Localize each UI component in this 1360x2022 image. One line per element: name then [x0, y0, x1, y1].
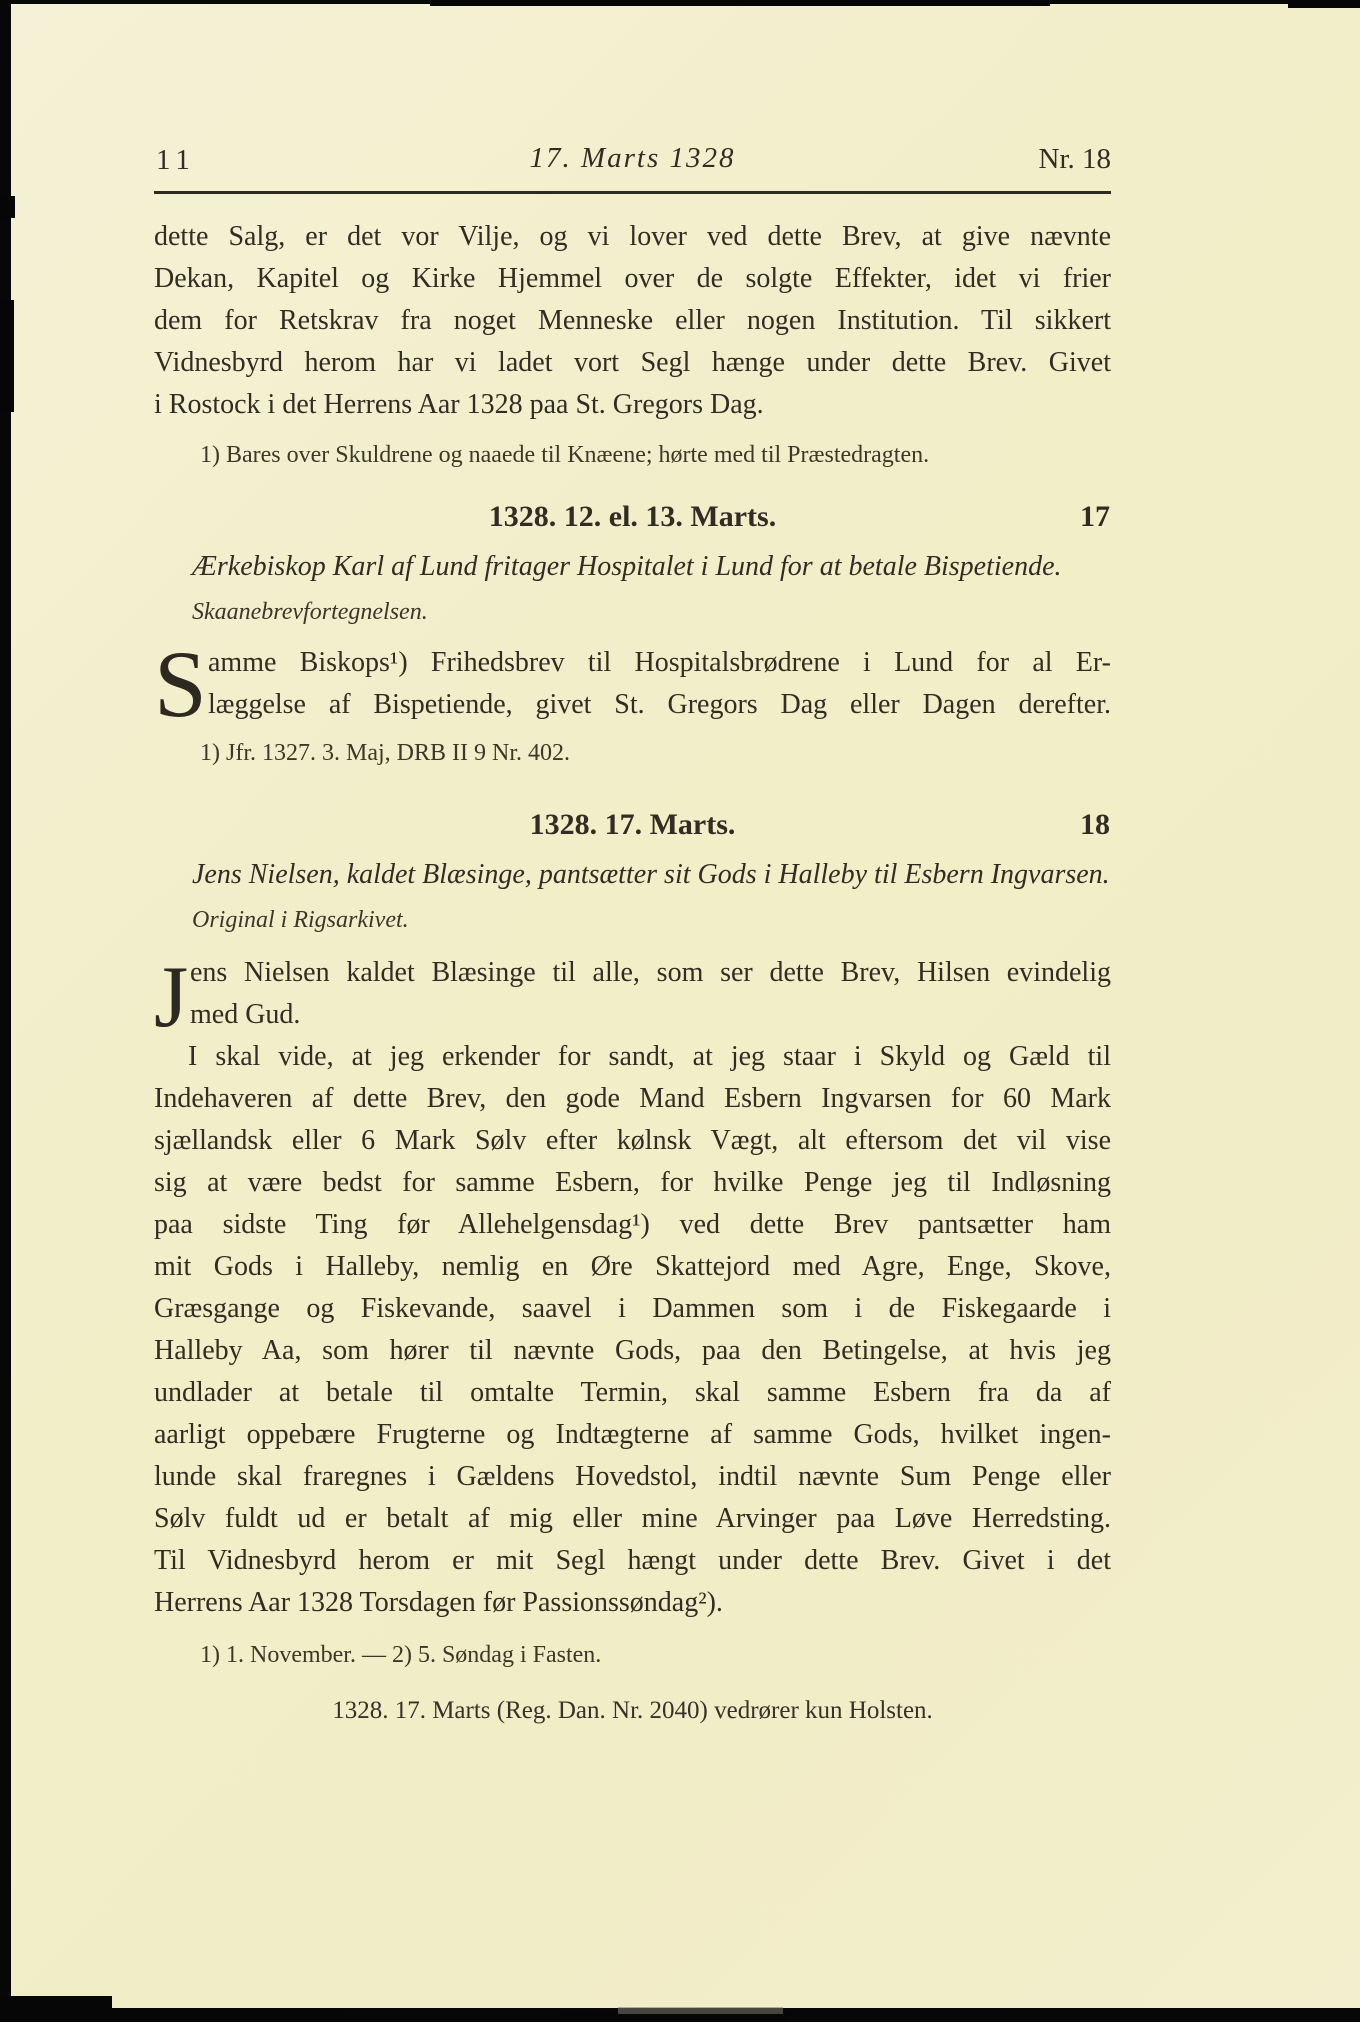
header-rule	[154, 191, 1111, 194]
text-line: dette Salg, er det vor Vilje, og vi love…	[154, 216, 1111, 258]
text-line: Dekan, Kapitel og Kirke Hjemmel over de …	[154, 258, 1111, 300]
entry-18-source: Original i Rigsarkivet.	[154, 906, 1111, 934]
scan-background: { "header": { "page_number": "11", "runn…	[0, 0, 1360, 2022]
text-line: Herrens Aar 1328 Torsdagen før Passionss…	[154, 1582, 1111, 1624]
text-line: med Gud.	[190, 994, 1111, 1036]
bottom-note: 1328. 17. Marts (Reg. Dan. Nr. 2040) ved…	[154, 1696, 1111, 1726]
book-page: 11 17. Marts 1328 Nr. 18 dette Salg, er …	[11, 4, 1360, 2008]
text-column: 11 17. Marts 1328 Nr. 18 dette Salg, er …	[154, 4, 1111, 1726]
scan-edge-top-artifact	[430, 0, 1050, 6]
carryover-paragraph: dette Salg, er det vor Vilje, og vi love…	[154, 216, 1111, 426]
running-title: 17. Marts 1328	[154, 142, 1111, 175]
dropcap-letter-s: S	[154, 643, 207, 725]
entry-17-number: 17	[1080, 500, 1110, 534]
entry-18-body: I skal vide, at jeg erkender for sandt, …	[154, 1036, 1111, 1624]
entry-17-heading-date: 1328. 12. el. 13. Marts.	[489, 500, 776, 533]
entry-17-heading: 1328. 12. el. 13. Marts. 17	[154, 500, 1111, 534]
text-line: Sølv fuldt ud er betalt af mig eller min…	[154, 1498, 1111, 1540]
entry-18-opening: J ens Nielsen kaldet Blæsinge til alle, …	[154, 952, 1111, 1036]
entry-17-source: Skaanebrevfortegnelsen.	[154, 598, 1111, 626]
text-line: lunde skal fraregnes i Gældens Hovedstol…	[154, 1456, 1111, 1498]
entry-18-heading: 1328. 17. Marts. 18	[154, 808, 1111, 842]
text-line: sjællandsk eller 6 Mark Sølv efter kølns…	[154, 1120, 1111, 1162]
text-line: sig at være bedst for samme Esbern, for …	[154, 1162, 1111, 1204]
text-line: Halleby Aa, som hører til nævnte Gods, p…	[154, 1330, 1111, 1372]
footnote-entry-18: 1) 1. November. — 2) 5. Søndag i Fasten.	[154, 1640, 1111, 1670]
scan-edge-smudge-artifact	[618, 2007, 783, 2014]
text-line: læggelse af Bispetiende, givet St. Grego…	[208, 684, 1111, 726]
text-line: Græsgange og Fiskevande, saavel i Dammen…	[154, 1288, 1111, 1330]
page-header: 11 17. Marts 1328 Nr. 18	[154, 142, 1111, 180]
scan-edge-bottom-artifact	[342, 2015, 570, 2022]
footnote-carryover: 1) Bares over Skuldrene og naaede til Kn…	[154, 440, 1111, 470]
scan-edge-left-notch-artifact	[0, 300, 14, 412]
text-line: aarligt oppebære Frugterne og Indtægtern…	[154, 1414, 1111, 1456]
text-line: i Rostock i det Herrens Aar 1328 paa St.…	[154, 384, 1111, 426]
dropcap-letter-j: J	[154, 957, 188, 1039]
text-line: Til Vidnesbyrd herom er mit Segl hængt u…	[154, 1540, 1111, 1582]
entry-18-number: 18	[1080, 808, 1110, 842]
text-line: mit Gods i Halleby, nemlig en Øre Skatte…	[154, 1246, 1111, 1288]
entry-18-heading-date: 1328. 17. Marts.	[530, 808, 736, 841]
entry-18-summary: Jens Nielsen, kaldet Blæsinge, pantsætte…	[154, 858, 1111, 892]
text-line: dem for Retskrav fra noget Menneske elle…	[154, 300, 1111, 342]
entry-18-opening-lines: ens Nielsen kaldet Blæsinge til alle, so…	[190, 952, 1111, 1036]
text-line: I skal vide, at jeg erkender for sandt, …	[154, 1036, 1111, 1078]
footnote-entry-17: 1) Jfr. 1327. 3. Maj, DRB II 9 Nr. 402.	[154, 738, 1111, 768]
entry-17-body: S amme Biskops¹) Frihedsbrev til Hospita…	[154, 642, 1111, 726]
header-entry-number: Nr. 18	[1039, 143, 1112, 176]
text-line: paa sidste Ting før Allehelgensdag¹) ved…	[154, 1204, 1111, 1246]
scan-edge-left-notch-artifact	[0, 196, 15, 218]
entry-17-summary: Ærkebiskop Karl af Lund fritager Hospita…	[154, 550, 1111, 584]
text-line: undlader at betale til omtalte Termin, s…	[154, 1372, 1111, 1414]
text-line: Vidnesbyrd herom har vi ladet vort Segl …	[154, 342, 1111, 384]
text-line: Indehaveren af dette Brev, den gode Mand…	[154, 1078, 1111, 1120]
text-line: amme Biskops¹) Frihedsbrev til Hospitals…	[208, 642, 1111, 684]
text-line: ens Nielsen kaldet Blæsinge til alle, so…	[190, 952, 1111, 994]
scan-edge-bottom-artifact	[0, 2009, 342, 2022]
entry-17-body-lines: amme Biskops¹) Frihedsbrev til Hospitals…	[208, 642, 1111, 726]
scan-edge-top-right-artifact	[1288, 0, 1360, 8]
